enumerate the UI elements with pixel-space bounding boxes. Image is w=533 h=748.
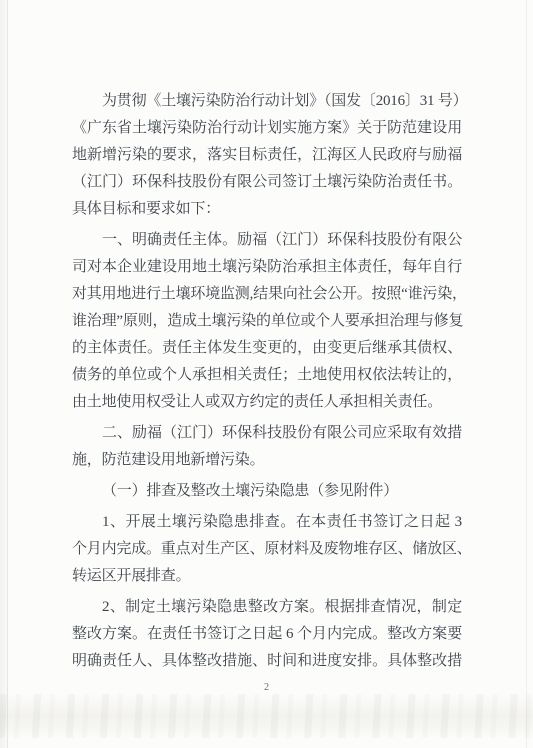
paragraph: 1、开展土壤污染隐患排查。在本责任书签订之日起 3个月内完成。重点对生产区、原材… (72, 509, 462, 590)
text-line: 二、励福（江门）环保科技股份有限公司应采取有效措 (72, 420, 462, 447)
text-line: 一、明确责任主体。励福（江门）环保科技股份有限公 (72, 227, 462, 254)
paragraph: （一）排查及整改土壤污染隐患（参见附件） (72, 478, 462, 505)
scanned-page: 为贯彻《土壤污染防治行动计划》（国发〔2016〕31 号）《广东省土壤污染防治行… (0, 0, 533, 748)
text-line: 地新增污染的要求，落实目标责任，江海区人民政府与励福 (72, 142, 462, 169)
text-line: 谁治理”原则，造成土壤污染的单位或个人要承担治理与修复 (72, 308, 462, 335)
text-line: 为贯彻《土壤污染防治行动计划》（国发〔2016〕31 号） (72, 88, 462, 115)
paragraph: 一、明确责任主体。励福（江门）环保科技股份有限公司对本企业建设用地土壤污染防治承… (72, 227, 462, 416)
text-line: 《广东省土壤污染防治行动计划实施方案》关于防范建设用 (72, 115, 462, 142)
text-line: 施，防范建设用地新增污染。 (72, 447, 462, 474)
text-line: 个月内完成。重点对生产区、原材料及废物堆存区、储放区、 (72, 536, 462, 563)
text-line: （一）排查及整改土壤污染隐患（参见附件） (72, 478, 462, 505)
page-number: 2 (0, 680, 533, 696)
paragraph: 2、制定土壤污染隐患整改方案。根据排查情况，制定整改方案。在责任书签订之日起 6… (72, 594, 462, 675)
text-line: 1、开展土壤污染隐患排查。在本责任书签订之日起 3 (72, 509, 462, 536)
text-line: 具体目标和要求如下： (72, 196, 462, 223)
paragraph: 为贯彻《土壤污染防治行动计划》（国发〔2016〕31 号）《广东省土壤污染防治行… (72, 88, 462, 223)
text-line: 转运区开展排查。 (72, 563, 462, 590)
scan-noise-band (0, 694, 533, 738)
text-line: 2、制定土壤污染隐患整改方案。根据排查情况，制定 (72, 594, 462, 621)
paragraph: 二、励福（江门）环保科技股份有限公司应采取有效措施，防范建设用地新增污染。 (72, 420, 462, 474)
text-line: （江门）环保科技股份有限公司签订土壤污染防治责任书。 (72, 169, 462, 196)
text-line: 债务的单位或个人承担相关责任；土地使用权依法转让的， (72, 362, 462, 389)
document-text: 为贯彻《土壤污染防治行动计划》（国发〔2016〕31 号）《广东省土壤污染防治行… (72, 88, 462, 675)
text-line: 对其用地进行土壤环境监测,结果向社会公开。按照“谁污染， (72, 281, 462, 308)
text-line: 的主体责任。责任主体发生变更的，由变更后继承其债权、 (72, 335, 462, 362)
scan-edge-right-line (526, 0, 527, 748)
text-line: 由土地使用权受让人或双方约定的责任人承担相关责任。 (72, 389, 462, 416)
text-line: 司对本企业建设用地土壤污染防治承担主体责任，每年自行 (72, 254, 462, 281)
text-line: 明确责任人、具体整改措施、时间和进度安排。具体整改措 (72, 648, 462, 675)
scan-edge-left-line (7, 0, 8, 748)
text-line: 整改方案。在责任书签订之日起 6 个月内完成。整改方案要 (72, 621, 462, 648)
